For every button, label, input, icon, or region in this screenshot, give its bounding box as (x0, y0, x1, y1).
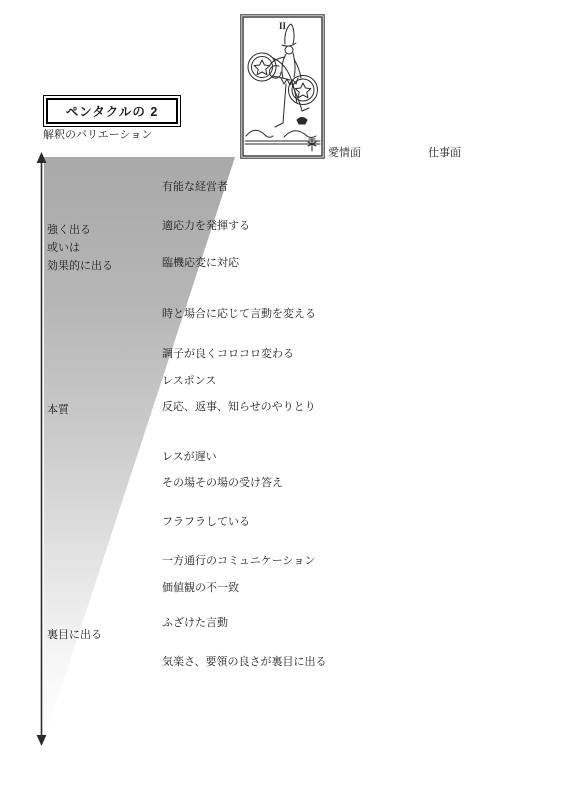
axis-label-strong: 強く出る 或いは 効果的に出る (47, 221, 113, 275)
column-header-love: 愛情面 (328, 147, 361, 160)
two-of-pentacles-card-illustration: II (240, 14, 325, 159)
document-page: II (0, 0, 566, 800)
column-header-work: 仕事面 (428, 147, 461, 160)
axis-label-strong-line2: 或いは (47, 239, 113, 257)
subtitle: 解釈のバリエーション (43, 129, 152, 142)
axis-label-essence: 本質 (47, 404, 69, 417)
interpretation-item: 適応力を発揮する (162, 220, 250, 233)
interpretation-item: 気楽さ、要領の良さが裏目に出る (162, 656, 327, 669)
axis-label-backfire: 裏目に出る (47, 629, 102, 642)
interpretation-item: 価値観の不一致 (162, 582, 239, 595)
title-box: ペンタクルの 2 (43, 95, 181, 127)
interpretation-item: 臨機応変に対応 (162, 257, 239, 270)
interpretation-item: 有能な経営者 (162, 181, 228, 194)
axis-label-strong-line3: 効果的に出る (47, 257, 113, 275)
axis-label-strong-line1: 強く出る (47, 221, 113, 239)
page-title: ペンタクルの 2 (46, 98, 178, 124)
interpretation-item: フラフラしている (162, 516, 250, 529)
interpretation-item: レスが遅い (162, 451, 217, 464)
interpretation-item: 一方通行のコミュニケーション (162, 555, 315, 568)
interpretation-item: レスポンス (162, 375, 216, 388)
card-numeral: II (279, 21, 287, 31)
interpretation-item: ふざけた言動 (162, 617, 228, 630)
interpretation-item: その場その場の受け答え (162, 477, 283, 490)
interpretation-item: 調子が良くコロコロ変わる (162, 348, 294, 361)
interpretation-item: 反応、返事、知らせのやりとり (162, 401, 316, 414)
interpretation-item: 時と場合に応じて言動を変える (162, 308, 316, 321)
